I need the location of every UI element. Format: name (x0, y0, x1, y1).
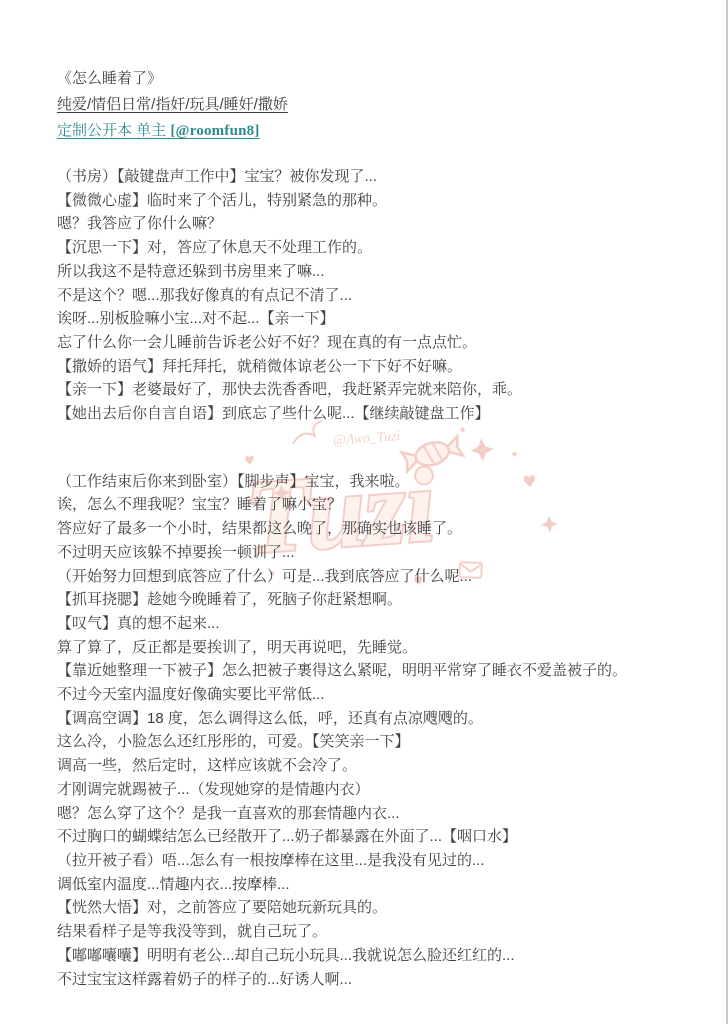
script-line: 诶呀...别板脸嘛小宝...对不起...【亲一下】 (57, 307, 712, 331)
script-line: 【嘟嘟囔囔】明明有老公...却自己玩小玩具...我就说怎么脸还红红的... (57, 944, 712, 968)
script-line: （拉开被子看）唔...怎么有一根按摩棒在这里...是我没有见过的... (57, 849, 712, 873)
script-line: 不过宝宝这样露着奶子的样子的...好诱人啊... (57, 968, 712, 992)
script-line: 调低室内温度...情趣内衣...按摩棒... (57, 873, 712, 897)
script-line: 【恍然大悟】对，之前答应了要陪她玩新玩具的。 (57, 896, 712, 920)
author-link-prefix: 定制公开本 单主 (57, 122, 170, 139)
script-line: （工作结束后你来到卧室）【脚步声】宝宝，我来啦。 (57, 470, 712, 494)
script-line: 这么冷，小脸怎么还红彤彤的，可爱。【笑笑亲一下】 (57, 730, 712, 754)
script-line: 【叹气】真的想不起来... (57, 612, 712, 636)
script-line: （开始努力回想到底答应了什么）可是...我到底答应了什么呢... (57, 565, 712, 589)
script-line: 不过明天应该躲不掉要挨一顿训了... (57, 541, 712, 565)
author-link[interactable]: 定制公开本 单主 [@roomfun8] (57, 118, 712, 144)
script-line: 不过今天室内温度好像确实要比平常低... (57, 683, 712, 707)
script-line: 【抓耳挠腮】趁她今晚睡着了，死脑子你赶紧想啊。 (57, 588, 712, 612)
script-section-bedroom: （工作结束后你来到卧室）【脚步声】宝宝，我来啦。诶，怎么不理我呢？宝宝？睡着了嘛… (57, 470, 712, 991)
script-line: 【沉思一下】对，答应了休息天不处理工作的。 (57, 236, 712, 260)
script-line: 【她出去后你自言自语】到底忘了些什么呢...【继续敲键盘工作】 (57, 402, 712, 426)
script-line: 【微微心虚】临时来了个活儿，特别紧急的那种。 (57, 189, 712, 213)
script-line: 才刚调完就踢被子...（发现她穿的是情趣内衣） (57, 778, 712, 802)
script-line: 不过胸口的蝴蝶结怎么已经散开了...奶子都暴露在外面了...【咽口水】 (57, 825, 712, 849)
author-link-handle: [@roomfun8] (170, 123, 259, 139)
script-line: （书房）【敲键盘声工作中】宝宝？被你发现了... (57, 165, 712, 189)
script-line: 调高一些，然后定时，这样应该就不会冷了。 (57, 754, 712, 778)
script-line: 嗯？我答应了你什么嘛？ (57, 212, 712, 236)
script-line: 【靠近她整理一下被子】怎么把被子裹得这么紧呢，明明平常穿了睡衣不爱盖被子的。 (57, 659, 712, 683)
script-section-study: （书房）【敲键盘声工作中】宝宝？被你发现了...【微微心虚】临时来了个活儿，特别… (57, 165, 712, 426)
script-line: 不是这个？嗯...那我好像真的有点记不清了... (57, 284, 712, 308)
script-line: 【亲一下】老婆最好了，那快去洗香香吧，我赶紧弄完就来陪你，乖。 (57, 378, 712, 402)
script-line: 诶，怎么不理我呢？宝宝？睡着了嘛小宝？ (57, 493, 712, 517)
page-title: 《怎么睡着了》 (57, 66, 712, 92)
script-line: 忘了什么你一会儿睡前告诉老公好不好？现在真的有一点点忙。 (57, 331, 712, 355)
tags-line: 纯爱/情侣日常/指奸/玩具/睡奸/撒娇 (57, 92, 712, 118)
document-content: 《怎么睡着了》 纯爱/情侣日常/指奸/玩具/睡奸/撒娇 定制公开本 单主 [@r… (57, 66, 712, 991)
script-line: 答应好了最多一个小时，结果都这么晚了，那确实也该睡了。 (57, 517, 712, 541)
script-line: 嗯？怎么穿了这个？是我一直喜欢的那套情趣内衣... (57, 802, 712, 826)
script-line: 算了算了，反正都是要挨训了，明天再说吧，先睡觉。 (57, 636, 712, 660)
script-line: 【撒娇的语气】拜托拜托，就稍微体谅老公一下下好不好嘛。 (57, 355, 712, 379)
script-line: 结果看样子是等我没等到，就自己玩了。 (57, 920, 712, 944)
script-line: 所以我这不是特意还躲到书房里来了嘛... (57, 260, 712, 284)
document-page: @Awo_Tuzi Tuzi ♥ (0, 0, 728, 1024)
script-line: 【调高空调】18 度，怎么调得这么低，呼，还真有点凉飕飕的。 (57, 707, 712, 731)
